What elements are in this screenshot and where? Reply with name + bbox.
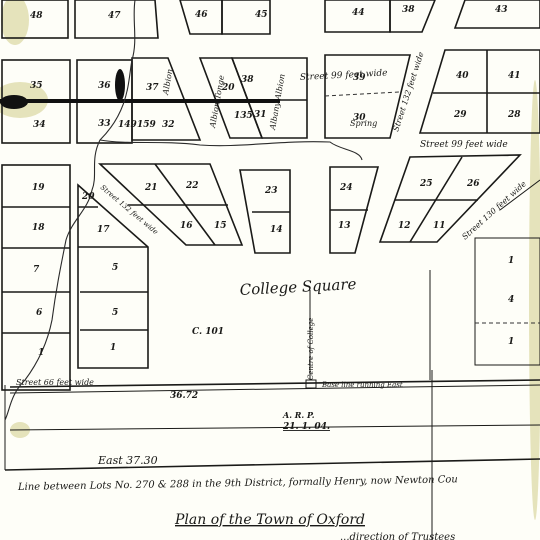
chain-measure: 36.72: [170, 391, 198, 401]
block-40-41-29-28: [420, 50, 540, 133]
svg-text:14: 14: [270, 225, 283, 235]
map-subtitle: ...direction of Trustees: [340, 532, 455, 540]
svg-text:6: 6: [36, 308, 43, 318]
svg-text:1: 1: [110, 343, 116, 353]
area-value: 21. 1. 04.: [282, 422, 330, 432]
svg-text:48: 48: [30, 11, 43, 21]
svg-text:19: 19: [32, 183, 45, 193]
centre-of-college-label: Centre of College: [307, 318, 315, 380]
street-label-66: Street 66 feet wide: [16, 378, 94, 387]
college-square-label: College Square: [239, 275, 357, 299]
svg-text:28: 28: [507, 110, 521, 120]
boundary-line-label: Line between Lots No. 270 & 288 in the 9…: [17, 474, 458, 493]
svg-text:24: 24: [339, 183, 353, 193]
svg-text:20: 20: [81, 192, 95, 202]
svg-text:149: 149: [118, 120, 138, 130]
svg-text:29: 29: [453, 110, 467, 120]
svg-text:16: 16: [180, 221, 193, 231]
svg-text:25: 25: [419, 179, 433, 189]
street-label-99-right: Street 99 feet wide: [420, 140, 508, 150]
svg-text:46: 46: [195, 10, 208, 20]
svg-text:31: 31: [254, 110, 267, 120]
svg-text:13: 13: [338, 221, 351, 231]
svg-text:35: 35: [30, 81, 43, 91]
svg-text:1: 1: [38, 348, 44, 358]
svg-text:34: 34: [33, 120, 46, 130]
svg-text:5: 5: [112, 263, 118, 273]
owner-note-spring: Spring: [350, 119, 377, 128]
svg-text:7: 7: [33, 265, 40, 275]
svg-text:15: 15: [214, 221, 227, 231]
svg-text:135: 135: [234, 111, 253, 121]
svg-text:11: 11: [433, 221, 446, 231]
svg-text:5: 5: [112, 308, 118, 318]
svg-text:36: 36: [98, 81, 111, 91]
map-title: Plan of the Town of Oxford: [174, 512, 365, 528]
base-line-label: Base line running East: [321, 381, 403, 389]
svg-text:17: 17: [97, 225, 110, 235]
svg-text:18: 18: [32, 223, 45, 233]
svg-text:45: 45: [255, 10, 268, 20]
block-left-column: [2, 165, 70, 390]
svg-text:26: 26: [466, 179, 480, 189]
svg-text:12: 12: [398, 221, 411, 231]
svg-text:47: 47: [108, 11, 121, 21]
svg-text:44: 44: [352, 8, 365, 18]
svg-text:33: 33: [98, 119, 111, 129]
svg-text:1: 1: [508, 256, 514, 266]
svg-text:43: 43: [495, 5, 508, 15]
svg-text:38: 38: [402, 5, 415, 15]
svg-text:41: 41: [508, 71, 521, 81]
c101-label: C. 101: [192, 327, 224, 337]
svg-text:40: 40: [456, 71, 469, 81]
svg-text:21: 21: [144, 183, 158, 193]
creek-branch: [100, 140, 362, 160]
east-label: East 37.30: [97, 454, 158, 467]
svg-text:1: 1: [508, 337, 514, 347]
svg-text:38: 38: [241, 75, 254, 85]
map-drawing: 48474645 443843 35343633 3732149159 2038…: [0, 0, 540, 540]
svg-text:37: 37: [146, 83, 159, 93]
area-header: A. R. P.: [282, 410, 315, 420]
svg-text:22: 22: [185, 181, 199, 191]
street-label-99-upper: Street 99 feet wide: [300, 68, 388, 83]
svg-text:32: 32: [162, 120, 175, 130]
svg-text:4: 4: [508, 295, 514, 305]
plat-map: 48474645 443843 35343633 3732149159 2038…: [0, 0, 540, 540]
svg-text:23: 23: [264, 186, 278, 196]
owner-note-albion: Albion: [161, 68, 175, 96]
svg-text:159: 159: [137, 120, 157, 130]
